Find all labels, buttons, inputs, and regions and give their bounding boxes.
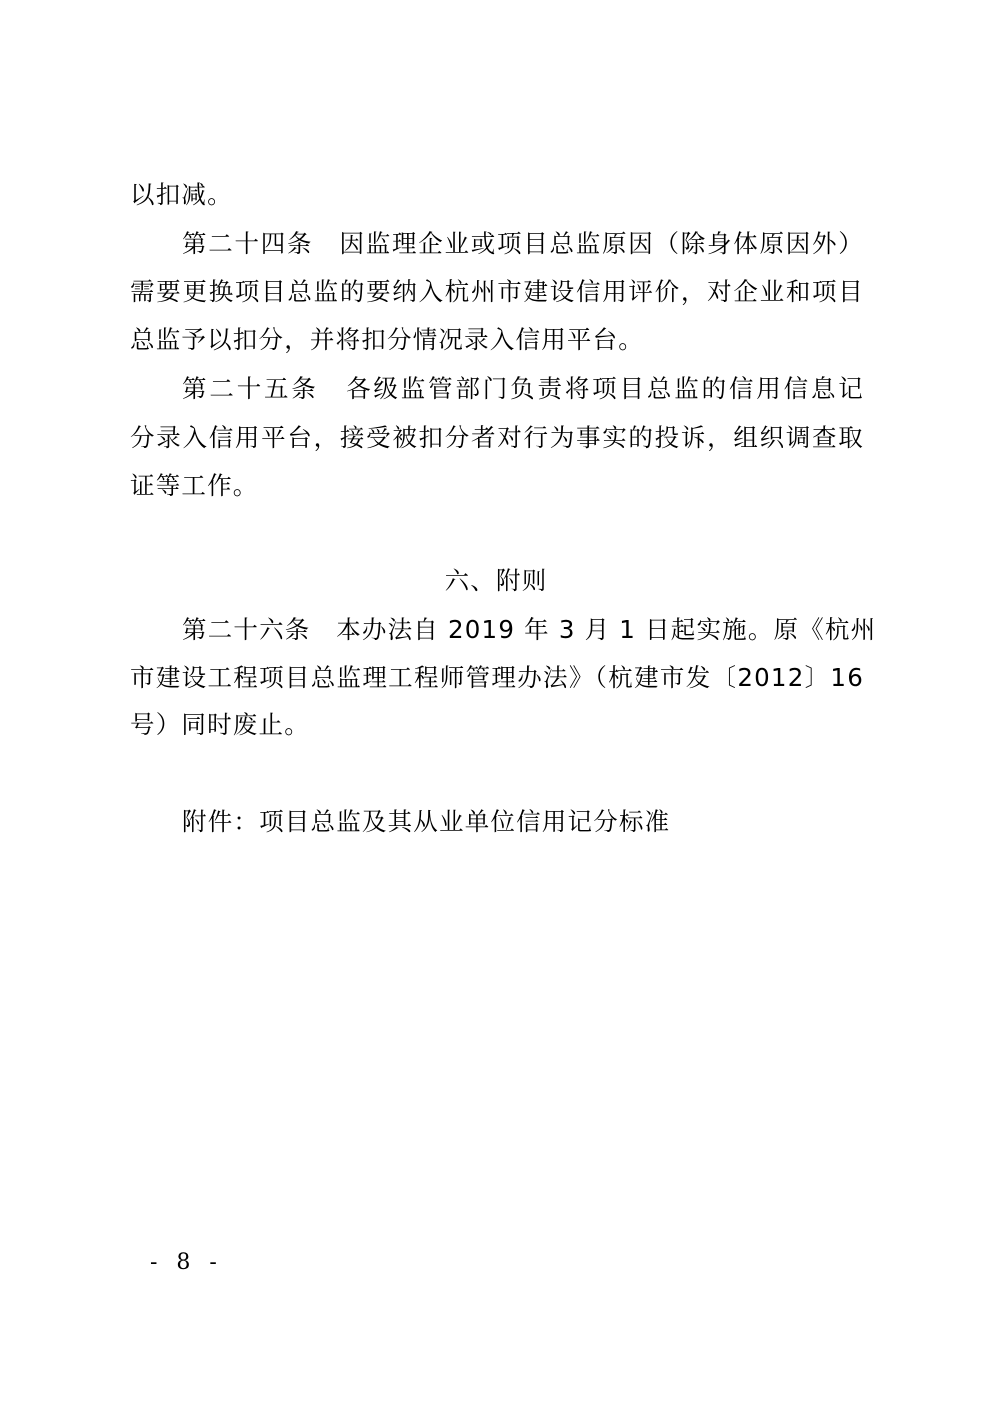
article-26-line-1: 第二十六条 本办法自 2019 年 3 月 1 日起实施。原《杭州: [182, 615, 864, 645]
article-26-line-3: 号）同时废止。: [130, 710, 864, 740]
paragraph-continuation: 以扣减。: [130, 180, 864, 210]
article-25-line-3: 证等工作。: [130, 471, 864, 501]
article-24-line-3: 总监予以扣分，并将扣分情况录入信用平台。: [130, 325, 864, 355]
attachment-note: 附件：项目总监及其从业单位信用记分标准: [182, 807, 864, 837]
page-number: - 8 -: [150, 1250, 223, 1275]
article-25-line-1: 第二十五条 各级监管部门负责将项目总监的信用信息记: [182, 374, 864, 404]
section-heading: 六、附则: [0, 566, 992, 596]
article-25-line-2: 分录入信用平台，接受被扣分者对行为事实的投诉，组织调查取: [130, 423, 864, 453]
article-24-line-2: 需要更换项目总监的要纳入杭州市建设信用评价，对企业和项目: [130, 277, 864, 307]
article-26-line-2: 市建设工程项目总监理工程师管理办法》（杭建市发〔2012〕16: [130, 663, 864, 693]
article-24-line-1: 第二十四条 因监理企业或项目总监原因（除身体原因外）: [182, 229, 864, 259]
document-page: 以扣减。 第二十四条 因监理企业或项目总监原因（除身体原因外） 需要更换项目总监…: [0, 0, 992, 1403]
